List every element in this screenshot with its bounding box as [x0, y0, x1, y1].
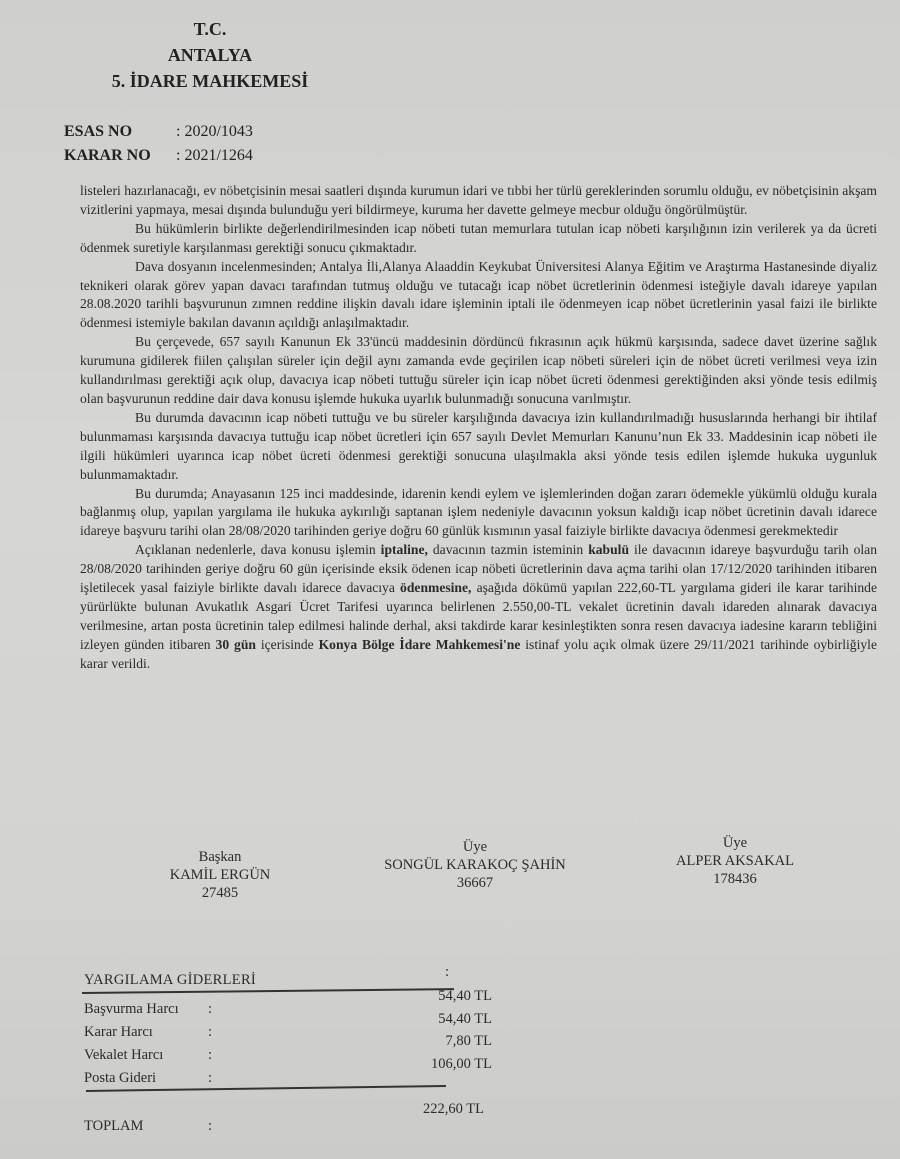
cost-label: Posta Gideri	[84, 1070, 156, 1087]
paragraph: Bu durumda davacının icap nöbeti tuttuğu…	[80, 409, 877, 485]
signature-number: 27485	[130, 884, 310, 902]
cost-label: Karar Harcı	[84, 1024, 153, 1041]
cost-colon: :	[208, 1001, 212, 1018]
paragraph: listeleri hazırlanacağı, ev nöbetçisinin…	[80, 182, 877, 220]
cost-label: Vekalet Harcı	[84, 1047, 163, 1064]
signature-name: ALPER AKSAKAL	[640, 852, 830, 870]
verdict-emphasis: Konya Bölge İdare Mahkemesi'ne	[319, 637, 521, 652]
karar-value: : 2021/1264	[176, 144, 253, 168]
cost-colon: :	[208, 1070, 212, 1087]
verdict-emphasis: kabulü	[588, 542, 629, 557]
header-tc: T.C.	[110, 16, 310, 42]
cost-row: Karar Harcı :	[84, 1024, 484, 1044]
total-amount: 222,60 TL	[364, 1101, 484, 1118]
court-header: T.C. ANTALYA 5. İDARE MAHKEMESİ	[110, 16, 310, 94]
paragraph: Dava dosyanın incelenmesinden; Antalya İ…	[80, 258, 877, 334]
costs-title-colon: :	[445, 964, 449, 981]
paragraph: Bu hükümlerin birlikte değerlendirilmesi…	[80, 220, 877, 258]
verdict-text: Açıklanan nedenlerle, dava konusu işlemi…	[135, 542, 381, 557]
signature-role: Üye	[640, 834, 830, 852]
case-meta: ESAS NO : 2020/1043 KARAR NO : 2021/1264	[64, 120, 253, 168]
signature-name: KAMİL ERGÜN	[130, 866, 310, 884]
verdict-text: davacının tazmin isteminin	[428, 542, 588, 557]
court-decision-page: T.C. ANTALYA 5. İDARE MAHKEMESİ ESAS NO …	[0, 0, 900, 1159]
cost-colon: :	[208, 1047, 212, 1064]
signature-name: SONGÜL KARAKOÇ ŞAHİN	[350, 856, 600, 874]
signature-president: Başkan KAMİL ERGÜN 27485	[130, 848, 310, 902]
cost-label: Başvurma Harcı	[84, 1001, 179, 1018]
header-city: ANTALYA	[110, 42, 310, 68]
verdict-emphasis: 30 gün	[216, 637, 256, 652]
header-court: 5. İDARE MAHKEMESİ	[110, 68, 310, 94]
cost-row: Başvurma Harcı :	[84, 1001, 484, 1021]
decision-body: listeleri hazırlanacağı, ev nöbetçisinin…	[80, 182, 877, 674]
total-colon: :	[208, 1118, 212, 1135]
karar-row: KARAR NO : 2021/1264	[64, 144, 253, 168]
signature-role: Üye	[350, 838, 600, 856]
signature-number: 36667	[350, 874, 600, 892]
signature-number: 178436	[640, 870, 830, 888]
total-row: TOPLAM :	[84, 1118, 484, 1138]
signature-member-1: Üye SONGÜL KARAKOÇ ŞAHİN 36667	[350, 838, 600, 892]
costs-title: YARGILAMA GİDERLERİ	[84, 972, 256, 989]
paragraph: Bu durumda; Anayasanın 125 inci maddesin…	[80, 485, 877, 542]
total-label: TOPLAM	[84, 1118, 143, 1135]
verdict-paragraph: Açıklanan nedenlerle, dava konusu işlemi…	[80, 541, 877, 673]
esas-row: ESAS NO : 2020/1043	[64, 120, 253, 144]
paragraph: Bu çerçevede, 657 sayılı Kanunun Ek 33'ü…	[80, 333, 877, 409]
esas-value: : 2020/1043	[176, 120, 253, 144]
verdict-emphasis: ödenmesine,	[400, 580, 471, 595]
verdict-emphasis: iptaline,	[381, 542, 428, 557]
cost-colon: :	[208, 1024, 212, 1041]
karar-label: KARAR NO	[64, 144, 176, 168]
signature-role: Başkan	[130, 848, 310, 866]
signature-member-2: Üye ALPER AKSAKAL 178436	[640, 834, 830, 888]
esas-label: ESAS NO	[64, 120, 176, 144]
cost-row: Vekalet Harcı :	[84, 1047, 484, 1067]
verdict-text: içerisinde	[256, 637, 319, 652]
